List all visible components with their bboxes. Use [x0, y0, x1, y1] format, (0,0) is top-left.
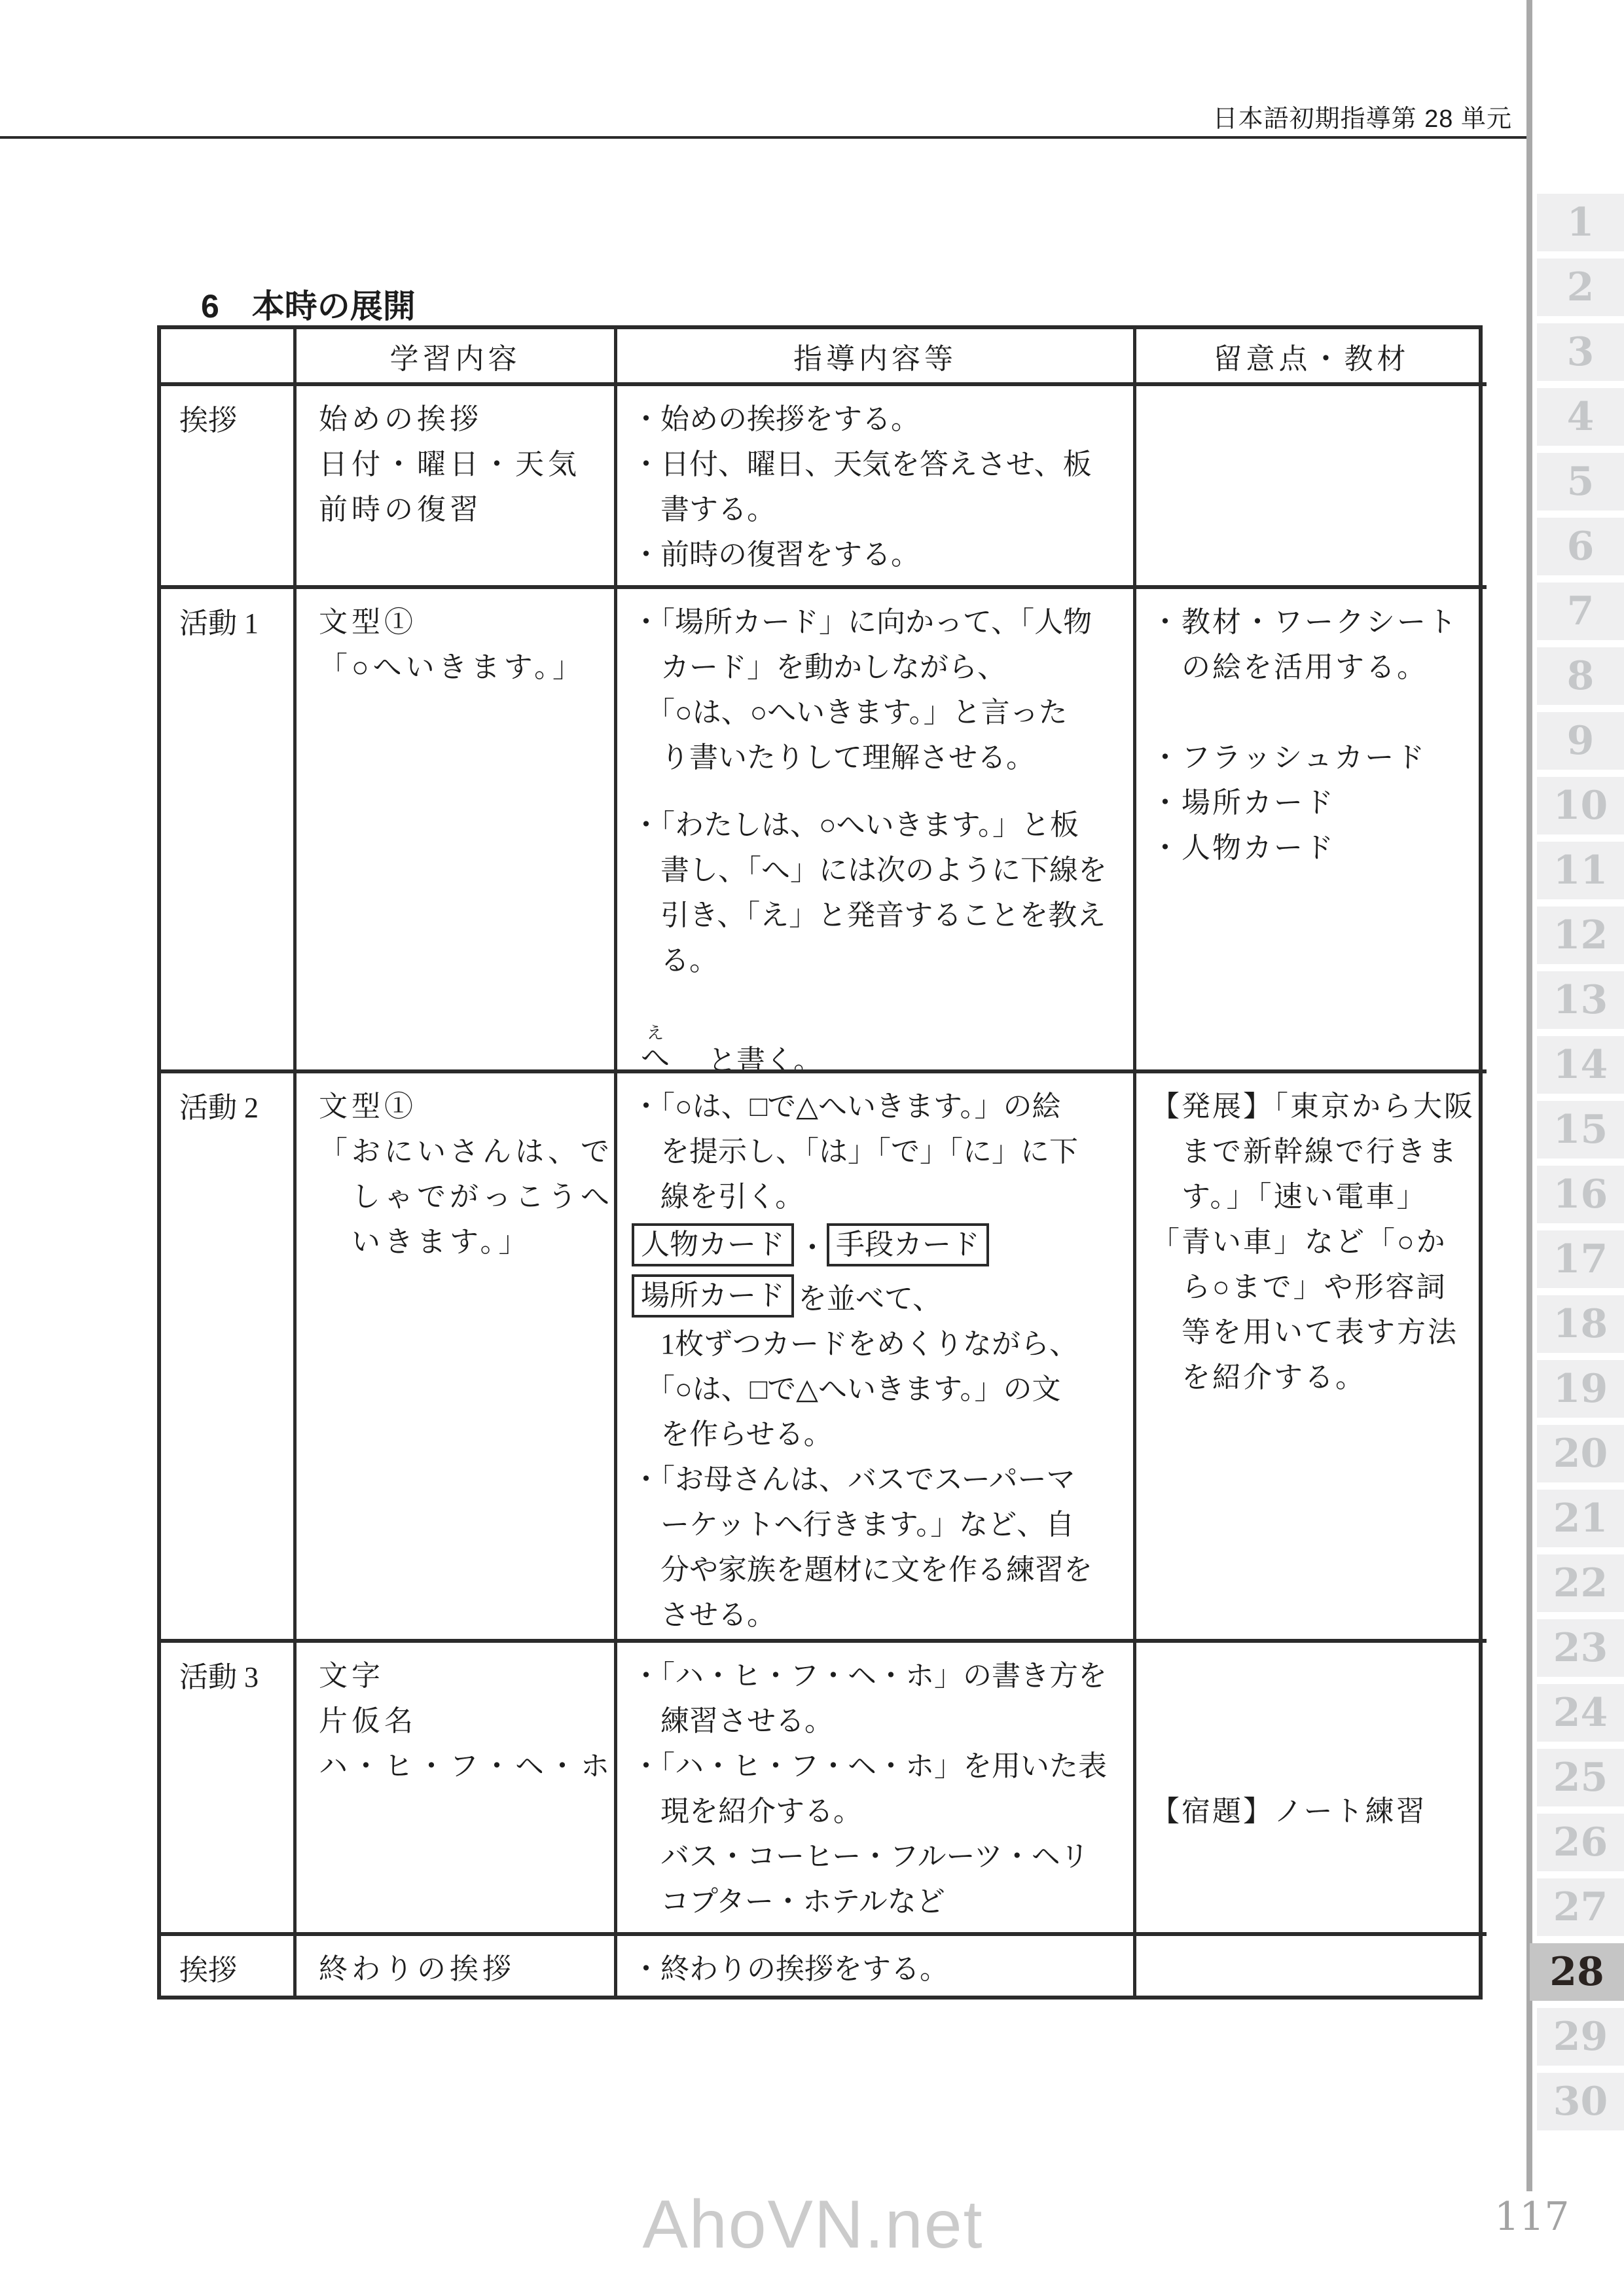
sidebar-unit-tab-14: 14 — [1537, 1036, 1624, 1094]
text-line: 等を用いて表す方法 — [1151, 1310, 1485, 1355]
sidebar-unit-tab-4: 4 — [1537, 388, 1624, 446]
header-cell-instruction-content: 指導内容等 — [614, 329, 1133, 382]
text-line: 【発展】「東京から大阪 — [1151, 1084, 1485, 1129]
text-line: させる。 — [632, 1592, 1130, 1638]
text-line: 人物カード・手段カード — [632, 1219, 1130, 1270]
text-line: いきます。」 — [319, 1219, 611, 1265]
text-line: えへ と書く。 — [632, 1005, 1130, 1069]
text-line: を提示し、「は」「で」「に」に下 — [632, 1129, 1130, 1174]
content-cell: 終わりの挨拶 — [293, 1932, 614, 1996]
text-line: 【宿題】ノート練習 — [1151, 1789, 1485, 1834]
text-line — [1151, 1698, 1485, 1744]
text-line: 引き、「え」と発音することを教え — [632, 893, 1130, 938]
text-line: 「○へいきます。」 — [319, 645, 611, 690]
text-line: 1枚ずつカードをめくりながら、 — [632, 1321, 1130, 1367]
sidebar-unit-tab-1: 1 — [1537, 194, 1624, 251]
text-line: 「おにいさんは、でん — [319, 1129, 611, 1174]
header-rule — [0, 136, 1530, 139]
text-line: 文字 — [319, 1653, 611, 1698]
sidebar-unit-tab-27: 27 — [1537, 1878, 1624, 1936]
text-line: ・前時の復習をする。 — [632, 532, 1130, 577]
sidebar-divider — [1526, 0, 1532, 2191]
text-line — [632, 983, 1130, 1005]
sidebar-unit-tab-19: 19 — [1537, 1360, 1624, 1418]
sidebar-unit-tab-22: 22 — [1537, 1554, 1624, 1612]
text-line: 分や家族を題材に文を作る練習を — [632, 1547, 1130, 1592]
text-line: ・終わりの挨拶をする。 — [632, 1946, 1130, 1992]
sidebar-unit-tab-5: 5 — [1537, 453, 1624, 511]
text-line: ・「お母さんは、バスでスーパーマ — [632, 1457, 1130, 1502]
content-cell: 文型①「おにいさんは、でん しゃでがっこうへ いきます。」 — [293, 1069, 614, 1639]
furigana-annotation: えへ — [632, 1024, 679, 1069]
sidebar-unit-tab-3: 3 — [1537, 323, 1624, 381]
sidebar-unit-tab-23: 23 — [1537, 1619, 1624, 1677]
text-line: ・人物カード — [1151, 825, 1485, 870]
content-cell: 文字片仮名ハ・ヒ・フ・ヘ・ホ — [293, 1639, 614, 1932]
text-line: ・日付、曜日、天気を答えさせ、板 — [632, 442, 1130, 487]
sidebar-unit-tab-17: 17 — [1537, 1230, 1624, 1288]
lesson-table: 学習内容 指導内容等 留意点・教材 挨拶 始めの挨拶日付・曜日・天気前時の復習 … — [157, 325, 1483, 2000]
sidebar-unit-tab-21: 21 — [1537, 1490, 1624, 1547]
sidebar-unit-tab-10: 10 — [1537, 777, 1624, 834]
text-line: 文型① — [319, 600, 611, 645]
text-line: り書いたりして理解させる。 — [632, 735, 1130, 780]
section-title: 6 本時の展開 — [201, 280, 416, 327]
notes-cell — [1133, 382, 1487, 585]
guidance-cell: ・「ハ・ヒ・フ・ヘ・ホ」の書き方を 練習させる。・「ハ・ヒ・フ・ヘ・ホ」を用いた… — [614, 1639, 1133, 1932]
watermark: AhoVN.net — [643, 2186, 984, 2264]
text-line: ・「○は、□で△へいきます。」の絵 — [632, 1084, 1130, 1129]
sidebar-unit-tab-29: 29 — [1537, 2008, 1624, 2066]
notes-cell — [1133, 1932, 1487, 1996]
header-cell-learning-content: 学習内容 — [293, 329, 614, 382]
text-line: る。 — [632, 938, 1130, 983]
row-label-cell: 挨拶 — [161, 382, 293, 585]
text-line: ーケットへ行きます。」など、自 — [632, 1502, 1130, 1547]
text-line: 前時の復習 — [319, 487, 611, 532]
page-header: 日本語初期指導第 28 単元 — [1213, 98, 1512, 134]
text-line: 「○は、□で△へいきます。」の文 — [632, 1367, 1130, 1412]
notes-cell: 【発展】「東京から大阪 まで新幹線で行きま す。」「速い電車」「青い車」など「○… — [1133, 1069, 1487, 1639]
sidebar-unit-tab-15: 15 — [1537, 1101, 1624, 1158]
text-line: 線を引く。 — [632, 1174, 1130, 1219]
text-line: 片仮名 — [319, 1698, 611, 1744]
sidebar-unit-tab-8: 8 — [1537, 647, 1624, 705]
text-line: 日付・曜日・天気 — [319, 442, 611, 487]
header-cell-blank — [161, 329, 293, 382]
text-segment: ・ — [798, 1224, 827, 1266]
sidebar-unit-tab-28: 28 — [1530, 1943, 1624, 2001]
text-line: ・「ハ・ヒ・フ・ヘ・ホ」を用いた表 — [632, 1744, 1130, 1789]
text-line: ・「わたしは、○へいきます。」と板 — [632, 802, 1130, 848]
text-line — [1151, 1744, 1485, 1789]
row-label-cell: 活動 1 — [161, 585, 293, 1069]
sidebar-unit-tab-26: 26 — [1537, 1814, 1624, 1871]
text-line: 書し、「へ」には次のように下線を — [632, 848, 1130, 893]
guidance-cell: ・「場所カード」に向かって、「人物 カード」を動かしながら、 「○は、○へいきま… — [614, 585, 1133, 1069]
text-line: 書する。 — [632, 487, 1130, 532]
text-line: 「○は、○へいきます。」と言った — [632, 690, 1130, 735]
text-line: 終わりの挨拶 — [319, 1946, 611, 1992]
text-line: の絵を活用する。 — [1151, 645, 1485, 690]
header-cell-notes-materials: 留意点・教材 — [1133, 329, 1487, 382]
guidance-cell: ・始めの挨拶をする。・日付、曜日、天気を答えさせ、板 書する。・前時の復習をする… — [614, 382, 1133, 585]
text-line — [1151, 1653, 1485, 1698]
text-segment: と書く。 — [679, 1037, 822, 1069]
page-number: 117 — [1494, 2194, 1570, 2240]
text-line: 始めの挨拶 — [319, 397, 611, 442]
text-segment: を並べて、 — [798, 1275, 941, 1317]
boxed-term: 場所カード — [632, 1274, 794, 1318]
notes-cell: ・教材・ワークシート の絵を活用する。 ・フラッシュカード・場所カード・人物カー… — [1133, 585, 1487, 1069]
text-line: 場所カードを並べて、 — [632, 1270, 1130, 1321]
sidebar-unit-tab-7: 7 — [1537, 583, 1624, 640]
text-line: ・「ハ・ヒ・フ・ヘ・ホ」の書き方を — [632, 1653, 1130, 1698]
text-line: 現を紹介する。 — [632, 1789, 1130, 1834]
sidebar-unit-tab-11: 11 — [1537, 842, 1624, 899]
text-line — [632, 780, 1130, 802]
sidebar-unit-tab-25: 25 — [1537, 1749, 1624, 1806]
text-line: す。」「速い電車」 — [1151, 1174, 1485, 1219]
text-line: ・場所カード — [1151, 780, 1485, 825]
text-line: ハ・ヒ・フ・ヘ・ホ — [319, 1744, 611, 1789]
sidebar-unit-tab-24: 24 — [1537, 1684, 1624, 1742]
text-line: カード」を動かしながら、 — [632, 645, 1130, 690]
text-line: ・フラッシュカード — [1151, 735, 1485, 780]
sidebar-unit-tab-13: 13 — [1537, 971, 1624, 1029]
sidebar-unit-tab-18: 18 — [1537, 1295, 1624, 1353]
sidebar-unit-tab-30: 30 — [1537, 2073, 1624, 2130]
row-label-cell: 挨拶 — [161, 1932, 293, 1996]
text-line: ・始めの挨拶をする。 — [632, 397, 1130, 442]
text-line: 練習させる。 — [632, 1698, 1130, 1744]
notes-cell: 【宿題】ノート練習 — [1133, 1639, 1487, 1932]
text-line: を紹介する。 — [1151, 1355, 1485, 1400]
sidebar-unit-tab-2: 2 — [1537, 259, 1624, 316]
sidebar-unit-tab-12: 12 — [1537, 906, 1624, 964]
row-label-cell: 活動 2 — [161, 1069, 293, 1639]
boxed-term: 人物カード — [632, 1223, 794, 1266]
sidebar-unit-tab-9: 9 — [1537, 712, 1624, 770]
text-line: しゃでがっこうへ — [319, 1174, 611, 1219]
text-line: ら○まで」や形容詞 — [1151, 1265, 1485, 1310]
text-line: 文型① — [319, 1084, 611, 1129]
guidance-cell: ・終わりの挨拶をする。 — [614, 1932, 1133, 1996]
sidebar-unit-tab-16: 16 — [1537, 1166, 1624, 1223]
row-label-cell: 活動 3 — [161, 1639, 293, 1932]
text-line: コプター・ホテルなど — [632, 1879, 1130, 1924]
boxed-term: 手段カード — [827, 1223, 989, 1266]
text-line — [1151, 690, 1485, 735]
document-page: 日本語初期指導第 28 単元 1234567891011121314151617… — [0, 0, 1624, 2296]
sidebar-unit-tab-6: 6 — [1537, 518, 1624, 575]
text-line: まで新幹線で行きま — [1151, 1129, 1485, 1174]
text-line: ・教材・ワークシート — [1151, 600, 1485, 645]
content-cell: 文型①「○へいきます。」 — [293, 585, 614, 1069]
text-line: ・「場所カード」に向かって、「人物 — [632, 600, 1130, 645]
text-line: バス・コーヒー・フルーツ・ヘリ — [632, 1834, 1130, 1879]
text-line: 「青い車」など「○か — [1151, 1219, 1485, 1265]
text-line: を作らせる。 — [632, 1412, 1130, 1457]
sidebar-unit-tab-20: 20 — [1537, 1425, 1624, 1482]
guidance-cell: ・「○は、□で△へいきます。」の絵 を提示し、「は」「で」「に」に下 線を引く。… — [614, 1069, 1133, 1639]
content-cell: 始めの挨拶日付・曜日・天気前時の復習 — [293, 382, 614, 585]
